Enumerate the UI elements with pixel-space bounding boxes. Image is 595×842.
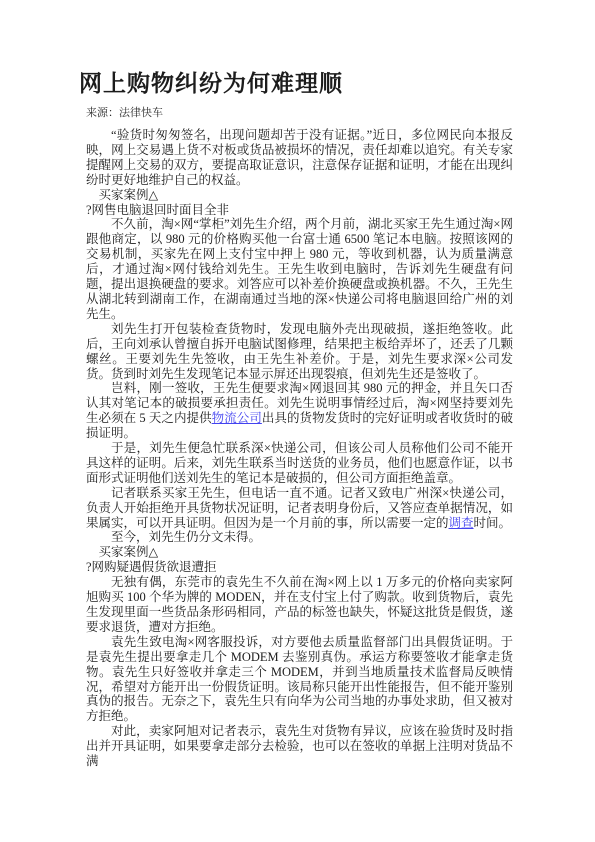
paragraph: 至今，刘先生仍分文未得。: [86, 530, 513, 545]
inline-link[interactable]: 调查: [449, 516, 474, 530]
paragraph: 于是，刘先生便急忙联系深×快递公司，但该公司人员称他们公司不能开具这样的证明。后…: [86, 441, 513, 486]
paragraph: 岂料，刚一签收，王先生便要求淘×网退回其 980 元的押金，并且矢口否认其对笔记…: [86, 381, 513, 441]
text-run: 无独有偶，东莞市的袁先生不久前在淘×网上以 1 万多元的价格向卖家阿旭购买 10…: [86, 575, 513, 634]
text-run: “验货时匆匆签名，出现问题却苦于没有证据。”近日，多位网民向本报反映，网上交易遇…: [86, 128, 513, 187]
text-run: 至今，刘先生仍分文未得。: [111, 530, 261, 544]
paragraph: 袁先生致电淘×网客服投诉，对方要他去质量监督部门出具假货证明。于是袁先生提出要拿…: [86, 635, 513, 724]
text-run: 于是，刘先生便急忙联系深×快递公司，但该公司人员称他们公司不能开具这样的证明。后…: [86, 441, 513, 485]
article-source: 来源：法律快车: [86, 106, 513, 120]
article-body: “验货时匆匆签名，出现问题却苦于没有证据。”近日，多位网民向本报反映，网上交易遇…: [86, 128, 513, 769]
text-run: ?网购疑遇假货欲退遭拒: [86, 560, 217, 574]
document-page: 网上购物纠纷为何难理顺 来源：法律快车 “验货时匆匆签名，出现问题却苦于没有证据…: [0, 0, 595, 842]
paragraph: 不久前，淘×网“掌柜”刘先生介绍，两个月前，湖北买家王先生通过淘×网跟他商定，以…: [86, 217, 513, 321]
paragraph: 无独有偶，东莞市的袁先生不久前在淘×网上以 1 万多元的价格向卖家阿旭购买 10…: [86, 575, 513, 635]
text-run: 刘先生打开包装检查货物时，发现电脑外壳出现破损，遂拒绝签收。此后，王向刘承认曾擅…: [86, 322, 513, 381]
case-title: ?网购疑遇假货欲退遭拒: [86, 560, 513, 575]
paragraph: 刘先生打开包装检查货物时，发现电脑外壳出现破损，遂拒绝签收。此后，王向刘承认曾擅…: [86, 322, 513, 382]
paragraph: 对此，卖家阿旭对记者表示，袁先生对货物有异议，应该在验货时及时指出并开具证明，如…: [86, 724, 513, 769]
text-run: 不久前，淘×网“掌柜”刘先生介绍，两个月前，湖北买家王先生通过淘×网跟他商定，以…: [86, 217, 513, 320]
text-run: 袁先生致电淘×网客服投诉，对方要他去质量监督部门出具假货证明。于是袁先生提出要拿…: [86, 635, 513, 724]
text-run: 对此，卖家阿旭对记者表示，袁先生对货物有异议，应该在验货时及时指出并开具证明，如…: [86, 724, 513, 768]
text-run: 时间。: [474, 516, 512, 530]
text-run: ?网售电脑退回时面目全非: [86, 203, 229, 217]
case-label: 买家案例△: [86, 545, 513, 560]
text-run: 买家案例△: [99, 545, 159, 559]
case-label: 买家案例△: [86, 188, 513, 203]
case-title: ?网售电脑退回时面目全非: [86, 203, 513, 218]
article-title: 网上购物纠纷为何难理顺: [79, 70, 513, 98]
paragraph: 记者联系买家王先生，但电话一直不通。记者又致电广州深×快递公司，负责人开始拒绝开…: [86, 486, 513, 531]
inline-link[interactable]: 物流公司: [212, 411, 262, 425]
paragraph: “验货时匆匆签名，出现问题却苦于没有证据。”近日，多位网民向本报反映，网上交易遇…: [86, 128, 513, 188]
text-run: 买家案例△: [99, 188, 159, 202]
